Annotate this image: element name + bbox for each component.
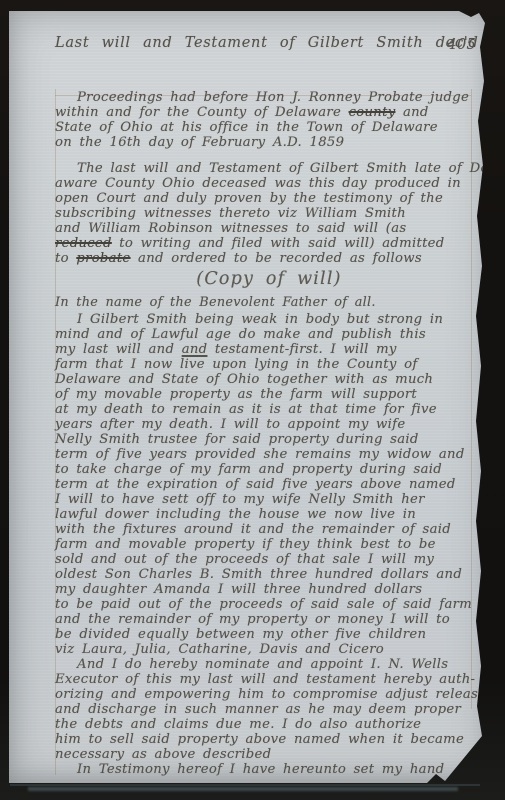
document-line: him to sell said property above named wh…: [55, 732, 475, 747]
document-line: be divided equally between my other five…: [55, 627, 475, 642]
document-line: And I do hereby nominate and appoint I. …: [55, 657, 475, 672]
document-line: sold and out of the proceeds of that sal…: [55, 552, 475, 567]
document-line: on the 16th day of February A.D. 1859: [55, 135, 475, 150]
document-line: my last will and and testament-first. I …: [55, 342, 475, 357]
document-line: term at the expiration of said five year…: [55, 477, 475, 492]
document-line: lawful dower including the house we now …: [55, 507, 475, 522]
scanner-bed-edge: [10, 784, 480, 786]
document-line: and discharge in such manner as he may d…: [55, 702, 475, 717]
scanner-bed-glint: [28, 787, 458, 791]
document-line: oldest Son Charles B. Smith three hundre…: [55, 567, 475, 582]
document-line: I Gilbert Smith being weak in body but s…: [55, 312, 475, 327]
document-line: necessary as above described: [55, 747, 475, 762]
document-line: farm and movable property if they think …: [55, 537, 475, 552]
document-line: to take charge of my farm and property d…: [55, 462, 475, 477]
document-line: farm that I now live upon lying in the C…: [55, 357, 475, 372]
document-page: Last will and Testament of Gilbert Smith…: [9, 11, 492, 785]
page-header-title: Last will and Testament of Gilbert Smith…: [55, 35, 471, 51]
document-line: and William Robinson witnesses to said w…: [55, 221, 475, 236]
document-line: State of Ohio at his office in the Town …: [55, 120, 475, 135]
document-line: subscribing witnesses thereto viz Willia…: [55, 206, 475, 221]
document-line: I will to have sett off to my wife Nelly…: [55, 492, 475, 507]
document-line: viz Laura, Julia, Catharine, Davis and C…: [55, 642, 475, 657]
document-line: Executor of this my last will and testam…: [55, 672, 475, 687]
document-line: at my death to remain as it is at that t…: [55, 402, 475, 417]
document-line: Proceedings had before Hon J. Ronney Pro…: [55, 90, 475, 105]
document-line: my daughter Amanda I will three hundred …: [55, 582, 475, 597]
document-line: the debts and claims due me. I do also a…: [55, 717, 475, 732]
document-line: to probate and ordered to be recorded as…: [55, 251, 475, 266]
document-line: orizing and empowering him to compromise…: [55, 687, 475, 702]
invocation-line: In the name of the Benevolent Father of …: [55, 295, 376, 310]
document-line: within and for the County of Delaware co…: [55, 105, 475, 120]
document-line: mind and of Lawful age do make and publi…: [55, 327, 475, 342]
document-line: reduced to writing and filed with said w…: [55, 236, 475, 251]
copy-of-will-heading: (Copy of will): [159, 269, 379, 289]
document-line: and the remainder of my property or mone…: [55, 612, 475, 627]
paragraph-will-body: I Gilbert Smith being weak in body but s…: [55, 312, 475, 777]
document-line: term of five years provided she remains …: [55, 447, 475, 462]
document-line: years after my death. I will to appoint …: [55, 417, 475, 432]
document-line: In Testimony hereof I have hereunto set …: [55, 762, 475, 777]
document-line: Delaware and State of Ohio together with…: [55, 372, 475, 387]
document-line: to be paid out of the proceeds of said s…: [55, 597, 475, 612]
document-line: with the fixtures around it and the rema…: [55, 522, 475, 537]
scan-background: Last will and Testament of Gilbert Smith…: [0, 0, 505, 800]
paragraph-proceedings: Proceedings had before Hon J. Ronney Pro…: [55, 90, 475, 150]
document-line: aware County Ohio deceased was this day …: [55, 176, 475, 191]
document-line: Nelly Smith trustee for said property du…: [55, 432, 475, 447]
document-line: open Court and duly proven by the testim…: [55, 191, 475, 206]
page-number: 405: [447, 37, 476, 53]
document-line: of my movable property as the farm will …: [55, 387, 475, 402]
paragraph-probate-order: The last will and Testament of Gilbert S…: [55, 161, 475, 266]
document-line: The last will and Testament of Gilbert S…: [55, 161, 475, 176]
